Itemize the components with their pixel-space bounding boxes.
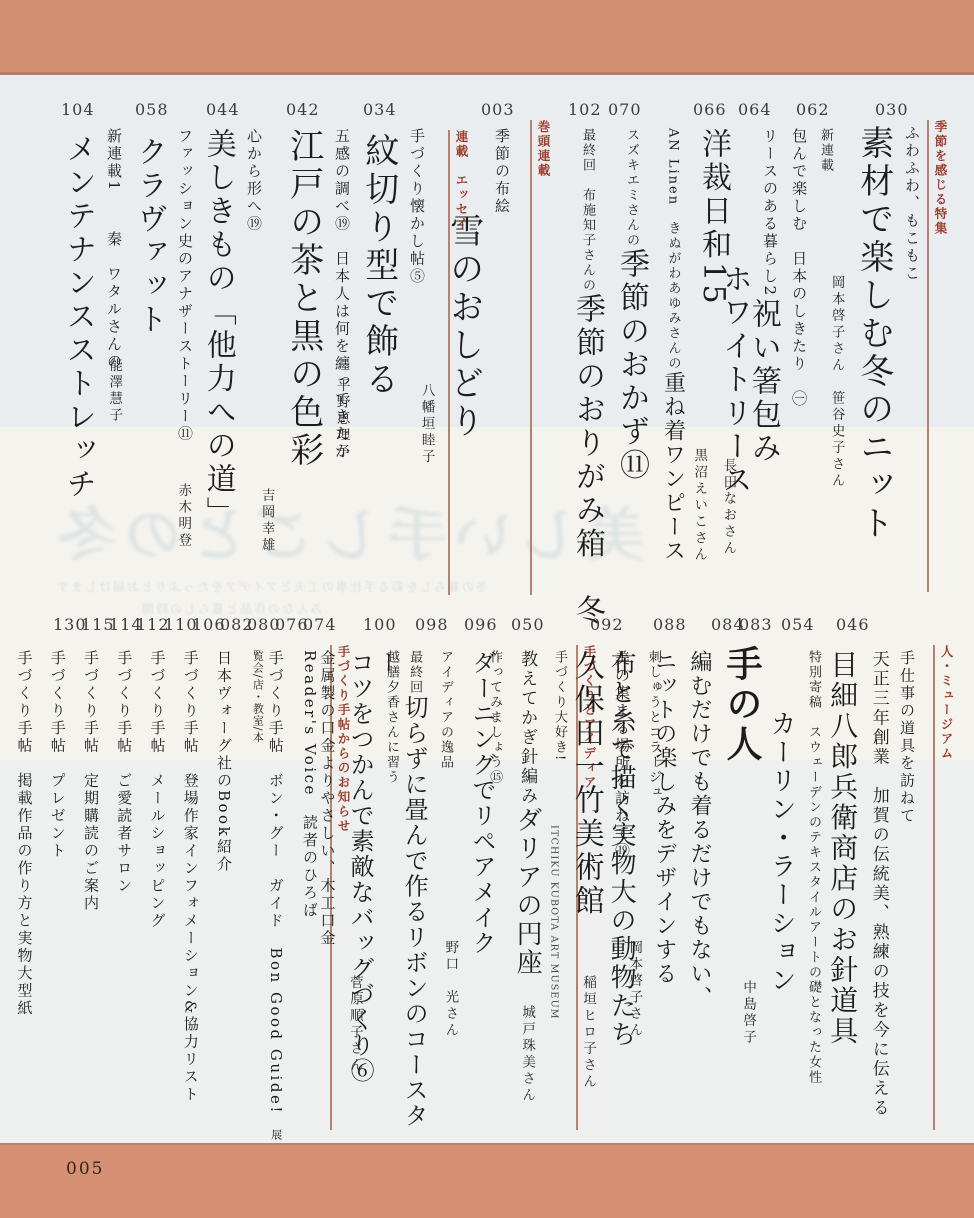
entry-title: 手の人 (721, 645, 762, 1140)
notice-item-082: 手づくり手帖 登場作家インフォメーション&協力リスト (181, 650, 198, 1145)
toc-entry-102: 最終回 布施知子さんの季節のおりがみ箱 冬 (560, 128, 605, 633)
entry-title: 久保田一竹美術館 (568, 650, 603, 1145)
entry-title: 目細八郎兵衛商店のお針道具 (826, 650, 858, 1145)
entry-series: 心から形へ⑲ (245, 128, 262, 633)
page-ref-070: 070 (608, 100, 642, 119)
notice-item-112: 手づくり手帖 定期購読のご案内 (82, 650, 99, 1145)
section-label-kanto: 巻頭連載 (532, 120, 552, 178)
toc-entry-070: スズキエミさんの季節のおかず⑪ (604, 128, 649, 633)
page-number: 005 (66, 1159, 104, 1179)
entry-series: ファッション史のアナザーストーリー⑪ (176, 128, 193, 633)
entry-title: 季節のおりがみ箱 冬 (570, 293, 605, 628)
page-ref-084: 084 (711, 615, 745, 634)
entry-title-2: 重ね着ワンピース (661, 371, 686, 563)
entry-title: 美しきもの「他力への道」 (200, 128, 235, 633)
entry-series: 越膳夕香さんに習う (383, 650, 398, 1145)
page-ref-054: 054 (781, 615, 815, 634)
notice-item-106: 手づくり手帖 メールショッピング (148, 650, 165, 1145)
entry-series: 手づくり大好き! (551, 650, 566, 1145)
toc-entry-066: 洋裁日和15 AN Linen きぬがわあゆみさんの重ね着ワンピース (650, 128, 730, 633)
section-rule-kanto: 巻頭連載 (530, 120, 552, 595)
entry-subtitle: AN Linen きぬがわあゆみさんの重ね着ワンピース (660, 128, 685, 633)
page-ref-100: 100 (363, 615, 397, 634)
entry-series: 季節の布絵 (493, 128, 510, 633)
toc-entry-104: 新連載1秦 ワタルさんの メンテナンスストレッチ (50, 128, 122, 633)
notice-item-074: Reader's Voice 読者のひろば (301, 650, 318, 1145)
entry-series: ふわふわ、もこもこ (903, 125, 920, 630)
page-ref-102: 102 (568, 100, 602, 119)
page-ref-003: 003 (481, 100, 515, 119)
notice-item-080: 日本ヴォーグ社のBook紹介 (215, 650, 232, 1145)
toc-entry-030: ふわふわ、もこもこ 素材で楽しむ冬のニット 岡本啓子さん 笹谷史子さん (818, 125, 920, 630)
entry-series: 最終回 布施知子さんの (580, 128, 595, 293)
entry-title: 編むだけでも着るだけでもない、 (687, 650, 712, 1145)
toc-entry-100: 越膳夕香さんに習う コツをつかんで素敵なバッグづくり⑥ 金属製の口金よりやさしい… (308, 650, 398, 1145)
entry-series: AN Linen きぬがわあゆみさんの (666, 128, 681, 371)
entry-series-2: 最終回 (407, 650, 422, 695)
entry-series: アイディアの逸品 (437, 650, 452, 1145)
entry-series: 新連載1秦 ワタルさんの (105, 128, 122, 633)
page-ref-096: 096 (464, 615, 498, 634)
entry-title: クラヴァット (131, 136, 166, 633)
magazine-toc-page: 美しい手しごとの冬 冬の暮らしを彩る手仕事の工夫とアイデアをたっぷりとお届けしま… (0, 0, 974, 1218)
entry-title: ダリアの円座 (512, 806, 542, 977)
entry-title: コツをつかんで素敵なバッグづくり⑥ (345, 650, 373, 1145)
entry-title: 洋裁日和15 (696, 128, 731, 633)
section-label-feature: 季節を感じる特集 (929, 120, 949, 236)
entry-title: カーリン・ラーション (765, 710, 795, 1145)
entry-series: 刺しゅうとコラージュ (645, 650, 660, 1145)
entry-series: 手づくり懐かし帖⑤ (408, 128, 425, 633)
notice-item-114: 手づくり手帖 プレゼント (48, 650, 65, 1145)
toc-entry-046: 手仕事の道具を訪ねて 天正三年創業 加賀の伝統美、熟練の技を今に伝える 目細八郎… (816, 650, 915, 1145)
page-ref-034: 034 (363, 100, 397, 119)
frame-top (0, 0, 974, 75)
entry-series: スズキエミさんの (624, 128, 639, 248)
page-ref-042: 042 (286, 100, 320, 119)
entry-title: メンテナンスストレッチ (60, 133, 95, 633)
frame-bottom: 005 (0, 1143, 974, 1218)
page-ref-088: 088 (653, 615, 687, 634)
section-rule-feature: 季節を感じる特集 (927, 120, 949, 592)
entry-title: 季節のおかず⑪ (614, 248, 649, 483)
entry-series-2: 教えてかぎ針編み (517, 650, 537, 806)
page-ref-066: 066 (693, 100, 727, 119)
page-ref-092: 092 (590, 615, 624, 634)
page-ref-130: 130 (53, 615, 87, 634)
toc-entry-083: 手の人 (711, 645, 762, 1140)
entry-title: ダーニングでリペアメイク (467, 650, 495, 1145)
entry-column: スズキエミさんの季節のおかず⑪ (614, 128, 649, 633)
page-ref-064: 064 (738, 100, 772, 119)
notice-item-title: 手づくり手帖 ボン・グー ガイド Bon Good Guide! (267, 650, 285, 1115)
page-ref-030: 030 (875, 100, 909, 119)
entry-series-mark: 新連載1 (105, 128, 123, 193)
entry-title: 紋切り型で飾る (359, 133, 398, 633)
toc-entry-042: 五感の調べ⑲ 日本人は何を纏ってきたか 江戸の茶と黒の色彩 吉岡幸雄 (248, 128, 350, 633)
notice-item-115: 手づくり手帖 掲載作品の作り方と実物大型紙 (15, 650, 32, 1145)
entry-title: 素材で楽しむ冬のニット (854, 125, 893, 630)
entry-subtitle: 包んで楽しむ 日本のしきたり ㊀ (790, 128, 807, 633)
entry-series: リースのある暮らし2 (761, 128, 778, 633)
entry-author: 秦 ワタルさんの (105, 231, 123, 371)
section-rule-hito: 人・ミュージアム (933, 645, 955, 1130)
notice-item-076: 手づくり手帖 ボン・グー ガイド Bon Good Guide!展覧会/店・教室… (248, 650, 285, 1145)
notice-item-110: 手づくり手帖 ご愛読者サロン (115, 650, 132, 1145)
page-ref-044: 044 (206, 100, 240, 119)
page-ref-050: 050 (511, 615, 545, 634)
entry-subtitle: 金属製の口金よりやさしい、木工口金 (318, 650, 335, 1145)
entry-author: 城戸珠美さん (519, 1005, 535, 1104)
entry-series: 五感の調べ⑲ 日本人は何を纏ってきたか (333, 128, 350, 633)
entry-column: 教えてかぎ針編みダリアの円座城戸珠美さん (511, 650, 541, 1145)
page-ref-046: 046 (836, 615, 870, 634)
entry-title: 雪のおしどり (444, 213, 483, 633)
page-ref-098: 098 (415, 615, 449, 634)
entry-column: 最終回 布施知子さんの季節のおりがみ箱 冬 (570, 128, 605, 633)
entry-subtitle: 天正三年創業 加賀の伝統美、熟練の技を今に伝える (868, 650, 888, 1145)
entry-series: 特別寄稿 スウェーデンのテキスタイルアートの礎となった女性 (805, 650, 820, 1145)
toc-notice-list: Reader's Voice 読者のひろば 手づくり手帖 ボン・グー ガイド B… (0, 650, 318, 1145)
section-label-hito: 人・ミュージアム (935, 645, 955, 761)
page-ref-104: 104 (61, 100, 95, 119)
entry-series: 新連載 (817, 128, 832, 633)
entry-title: 江戸の茶と黒の色彩 (284, 128, 323, 633)
entry-series: 美の集まる場所を訪ねて⑲ (613, 650, 630, 1145)
page-ref-062: 062 (796, 100, 830, 119)
page-ref-058: 058 (135, 100, 169, 119)
entry-series: 手仕事の道具を訪ねて (898, 650, 915, 1145)
